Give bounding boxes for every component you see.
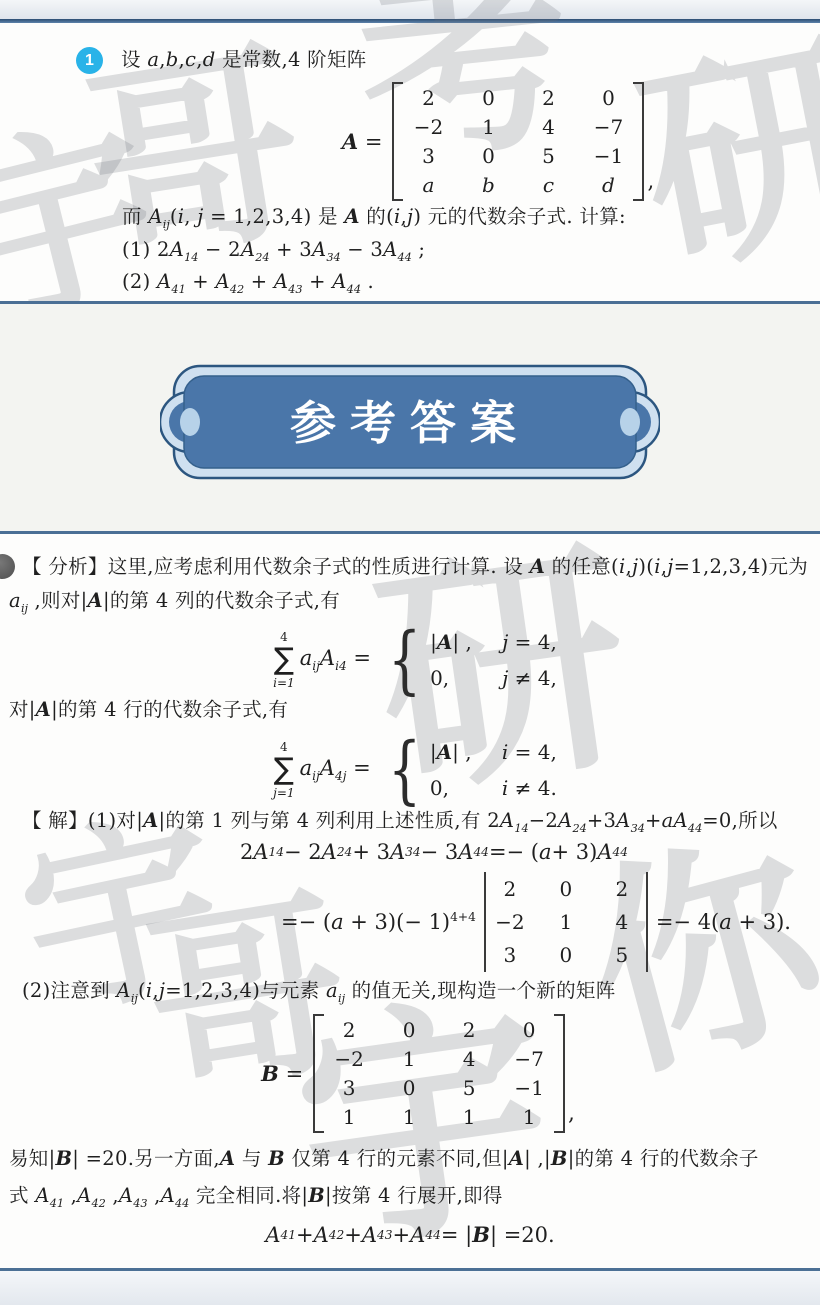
case-value: |A| ,	[430, 740, 502, 764]
case-condition: j = 4,	[502, 630, 557, 654]
case-row: |A| , j = 4,	[430, 630, 557, 654]
problem-item-2: (2) A41 + A42 + A43 + A44 .	[122, 267, 374, 305]
sigma-icon: ∑	[274, 645, 294, 675]
case-row: 0, i ≠ 4.	[430, 776, 557, 800]
solution-equation-1: 2A14 − 2A24 + 3A34 − 3A44 =− (a + 3)A44	[0, 840, 820, 864]
formula-body: aijAi4 =	[300, 646, 371, 673]
cases-brace: {	[388, 733, 421, 807]
matrix-a-block: A = 2020−214−7305−1abcd ,	[0, 82, 820, 201]
equation-2-wrap: =− (a + 3)(− 1)4+4 202−214305 =− 4(a + 3…	[281, 872, 791, 972]
matrix-b-bracket-right	[554, 1014, 565, 1133]
matrix-a-lhs: A =	[342, 129, 383, 154]
answer-plaque: 参考答案	[160, 360, 660, 484]
matrix-b-wrap: B = 2020−214−7305−11111 ,	[261, 1014, 575, 1133]
case-condition: i ≠ 4.	[502, 776, 557, 800]
cases-block: |A| , j = 4, 0, j ≠ 4,	[430, 630, 557, 690]
equation-2-result: =− 4(a + 3).	[656, 910, 791, 934]
banner-title: 参考答案	[290, 396, 530, 450]
formula-2-wrap: 4 ∑ j=1 aijA4j = { |A| , i = 4, 0, i ≠ 4…	[273, 733, 557, 807]
matrix-a-wrap: A = 2020−214−7305−1abcd ,	[342, 82, 654, 201]
column-cofactor-sum-formula: 4 ∑ i=1 aijAi4 = { |A| , j = 4, 0, j ≠ 4…	[0, 623, 820, 697]
analysis-paragraph-2: aij ,则对|A|的第 4 列的代数余子式,有	[9, 586, 340, 624]
case-row: |A| , i = 4,	[430, 740, 557, 764]
problem-number: 1	[85, 52, 94, 70]
top-edge-bar	[0, 0, 820, 19]
solution-paragraph-1: 【 解】(1)对|A|的第 1 列与第 4 列利用上述性质,有 2A14−2A2…	[22, 806, 778, 844]
sum-symbol-block: 4 ∑ i=1	[273, 631, 295, 689]
plaque-right-dot	[620, 408, 640, 436]
cases-block: |A| , i = 4, 0, i ≠ 4.	[430, 740, 557, 800]
analysis-section: 【 分析】这里,应考虑利用代数余子式的性质进行计算. 设 A 的任意(i,j)(…	[0, 545, 820, 806]
top-divider-rule	[0, 19, 820, 23]
sum-symbol-block: 4 ∑ j=1	[273, 741, 294, 799]
solution-paragraph-2: (2)注意到 Aij(i,j=1,2,3,4)与元素 aij 的值无关,现构造一…	[22, 976, 616, 1014]
case-condition: i = 4,	[502, 740, 557, 764]
problem-number-badge: 1	[76, 47, 103, 74]
solution-equation-3: A41+A42+A43+A44= |B| =20.	[0, 1222, 820, 1247]
row-cofactor-sum-formula: 4 ∑ j=1 aijA4j = { |A| , i = 4, 0, i ≠ 4…	[0, 733, 820, 807]
solution-equation-2: =− (a + 3)(− 1)4+4 202−214305 =− 4(a + 3…	[0, 872, 820, 972]
solution-paragraph-3-line-2: 式 A41 ,A42 ,A43 ,A44 完全相同.将|B|按第 4 行展开,即…	[9, 1181, 503, 1219]
matrix-b-lhs: B =	[261, 1061, 303, 1086]
sum-lower-limit: i=1	[273, 677, 295, 689]
matrix-a-bracket-left	[392, 82, 403, 201]
analysis-paragraph-1: 【 分析】这里,应考虑利用代数余子式的性质进行计算. 设 A 的任意(i,j)(…	[22, 552, 808, 582]
formula-body: aijA4j =	[300, 756, 371, 783]
formula-1-wrap: 4 ∑ i=1 aijAi4 = { |A| , j = 4, 0, j ≠ 4…	[273, 623, 557, 697]
problem-section: 1 设 a,b,c,d 是常数,4 阶矩阵 A = 2020−214−7305−…	[0, 40, 820, 300]
matrix-a: 2020−214−7305−1abcd	[403, 82, 633, 201]
matrix-a-bracket-right	[633, 82, 644, 201]
problem-intro: 设 a,b,c,d 是常数,4 阶矩阵	[121, 45, 367, 75]
document-page: 考 哥 研 宇 研 宇 哥 你 宇 1 设 a,b,c,d 是常数,4 阶矩阵 …	[0, 0, 820, 1305]
matrix-b-block: B = 2020−214−7305−11111 ,	[0, 1014, 820, 1133]
analysis-paragraph-3: 对|A|的第 4 行的代数余子式,有	[9, 695, 288, 725]
bottom-edge-bar	[0, 1271, 820, 1305]
case-row: 0, j ≠ 4,	[430, 666, 557, 690]
det-matrix: 202−214305	[486, 872, 646, 972]
sigma-icon: ∑	[274, 755, 294, 785]
matrix-b-tail: ,	[565, 1101, 575, 1133]
analysis-edge-marker	[0, 554, 15, 579]
matrix-b: 2020−214−7305−11111	[324, 1014, 554, 1133]
case-value: |A| ,	[430, 630, 502, 654]
sum-lower-limit: j=1	[273, 787, 294, 799]
case-value: 0,	[430, 666, 502, 690]
determinant-3x3: 202−214305	[484, 872, 648, 972]
matrix-a-tail: ,	[644, 169, 654, 201]
equation-3-wrap: A41+A42+A43+A44= |B| =20.	[265, 1222, 554, 1247]
case-value: 0,	[430, 776, 502, 800]
equation-2-prefix: =− (a + 3)(− 1)4+4	[281, 910, 476, 934]
plaque-left-dot	[180, 408, 200, 436]
case-condition: j ≠ 4,	[502, 666, 557, 690]
answer-banner-section: 参考答案	[0, 301, 820, 534]
matrix-b-bracket-left	[313, 1014, 324, 1133]
equation-1-wrap: 2A14 − 2A24 + 3A34 − 3A44 =− (a + 3)A44	[240, 840, 628, 864]
solution-section: 【 解】(1)对|A|的第 1 列与第 4 列利用上述性质,有 2A14−2A2…	[0, 806, 820, 1268]
det-bar-right	[646, 872, 648, 972]
cases-brace: {	[388, 623, 421, 697]
solution-paragraph-3-line-1: 易知|B| =20.另一方面,A 与 B 仅第 4 行的元素不同,但|A| ,|…	[9, 1144, 759, 1174]
